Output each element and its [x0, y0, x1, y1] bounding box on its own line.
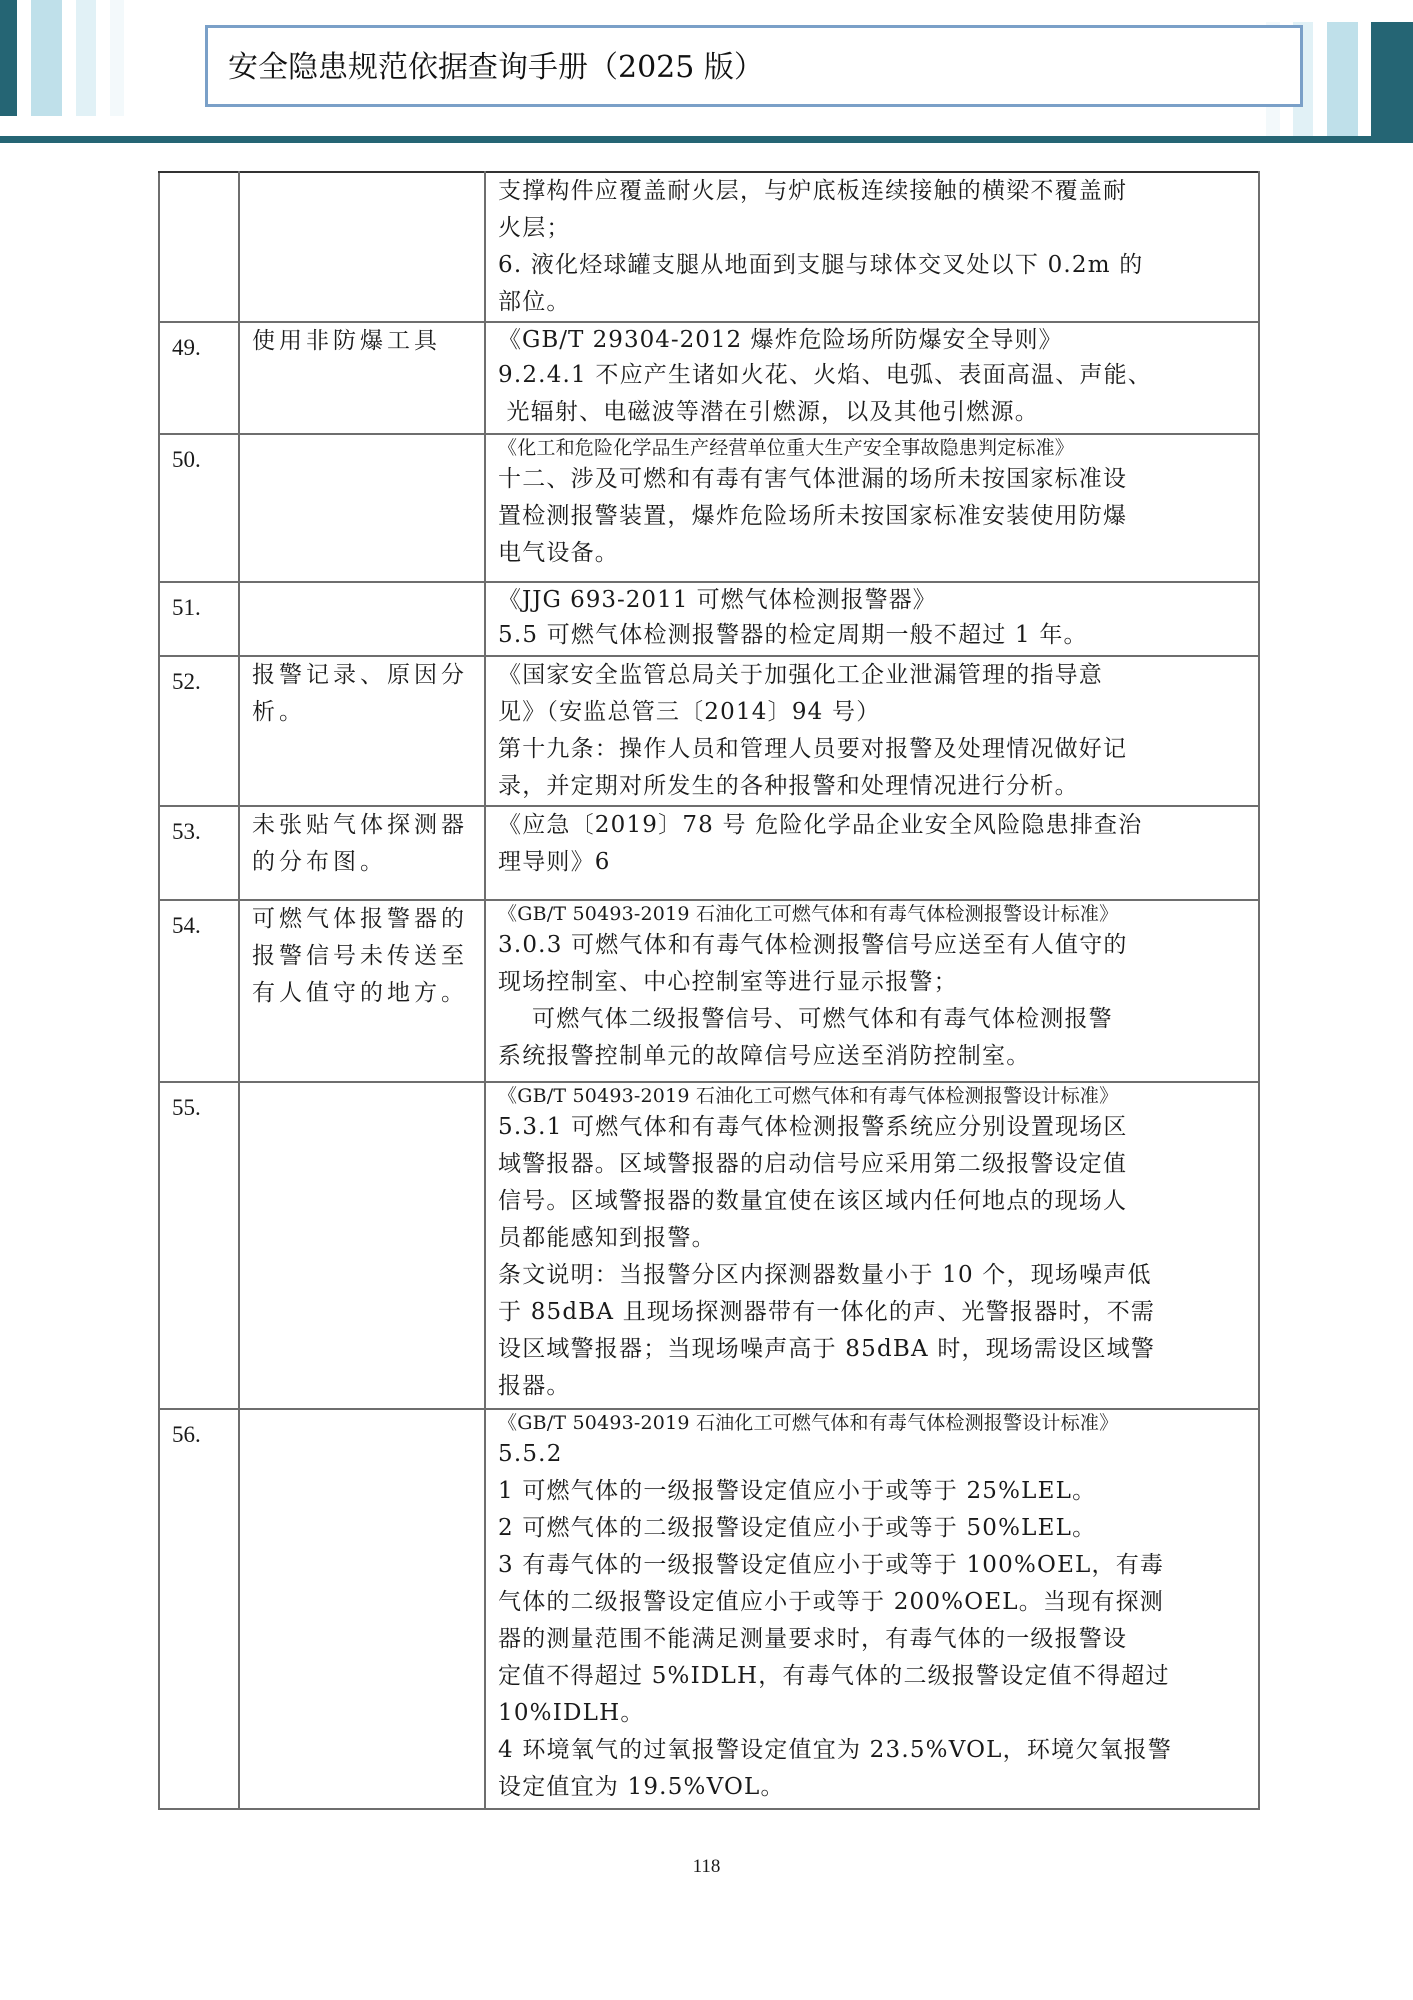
citation-line: 《GB/T 50493-2019 石油化工可燃气体和有毒气体检测报警设计标准》 — [498, 1410, 1248, 1436]
document-title: 安全隐患规范依据查询手册（2025 版） — [228, 42, 764, 86]
table-row: 54.可燃气体报警器的报警信号未传送至有人值守的地方。《GB/T 50493-2… — [159, 900, 1259, 1082]
basis-line: 现场控制室、中心控制室等进行显示报警； — [498, 964, 1248, 1001]
basis-line: 《国家安全监管总局关于加强化工企业泄漏管理的指导意 — [498, 657, 1248, 694]
basis-line: 定值不得超过 5%IDLH，有毒气体的二级报警设定值不得超过 — [498, 1658, 1248, 1695]
basis-line: 第十九条：操作人员和管理人员要对报警及处理情况做好记 — [498, 731, 1248, 768]
basis-line: 2 可燃气体的二级报警设定值应小于或等于 50%LEL。 — [498, 1510, 1248, 1547]
basis-line: 1 可燃气体的一级报警设定值应小于或等于 25%LEL。 — [498, 1473, 1248, 1510]
item-number: 52. — [159, 656, 239, 806]
header-rule — [0, 136, 1413, 143]
basis-line: 光辐射、电磁波等潜在引燃源，以及其他引燃源。 — [498, 394, 1248, 431]
hazard-description — [239, 582, 485, 656]
hazard-description: 可燃气体报警器的报警信号未传送至有人值守的地方。 — [239, 900, 485, 1082]
item-number: 51. — [159, 582, 239, 656]
basis-line: 器的测量范围不能满足测量要求时，有毒气体的一级报警设 — [498, 1621, 1248, 1658]
basis-line: 设定值宜为 19.5%VOL。 — [498, 1769, 1248, 1806]
regulation-basis: 《GB/T 50493-2019 石油化工可燃气体和有毒气体检测报警设计标准》3… — [485, 900, 1259, 1082]
header-stripe-light-right — [1327, 22, 1358, 138]
table-row: 50.《化工和危险化学品生产经营单位重大生产安全事故隐患判定标准》十二、涉及可燃… — [159, 434, 1259, 582]
hazard-basis-table: 支撑构件应覆盖耐火层，与炉底板连续接触的横梁不覆盖耐火层；6. 液化烃球罐支腿从… — [158, 171, 1260, 1810]
table-row: 56.《GB/T 50493-2019 石油化工可燃气体和有毒气体检测报警设计标… — [159, 1409, 1259, 1809]
basis-line: 3 有毒气体的一级报警设定值应小于或等于 100%OEL，有毒 — [498, 1547, 1248, 1584]
regulation-basis: 《应急〔2019〕78 号 危险化学品企业安全风险隐患排查治理导则》6 — [485, 806, 1259, 900]
hazard-description: 未张贴气体探测器的分布图。 — [239, 806, 485, 900]
table-row: 53.未张贴气体探测器的分布图。《应急〔2019〕78 号 危险化学品企业安全风… — [159, 806, 1259, 900]
basis-line: 5.3.1 可燃气体和有毒气体检测报警系统应分别设置现场区 — [498, 1109, 1248, 1146]
basis-line: 5.5 可燃气体检测报警器的检定周期一般不超过 1 年。 — [498, 617, 1248, 654]
regulation-basis: 《GB/T 50493-2019 石油化工可燃气体和有毒气体检测报警设计标准》5… — [485, 1082, 1259, 1409]
basis-line: 系统报警控制单元的故障信号应送至消防控制室。 — [498, 1038, 1248, 1075]
table-row: 52.报警记录、原因分析。《国家安全监管总局关于加强化工企业泄漏管理的指导意见》… — [159, 656, 1259, 806]
basis-line: 理导则》6 — [498, 844, 1248, 881]
basis-line: 条文说明：当报警分区内探测器数量小于 10 个，现场噪声低 — [498, 1257, 1248, 1294]
hazard-description: 使用非防爆工具 — [239, 322, 485, 434]
hazard-description: 报警记录、原因分析。 — [239, 656, 485, 806]
citation-line: 《GB/T 50493-2019 石油化工可燃气体和有毒气体检测报警设计标准》 — [498, 901, 1248, 927]
basis-line: 十二、涉及可燃和有毒有害气体泄漏的场所未按国家标准设 — [498, 461, 1248, 498]
basis-line: 气体的二级报警设定值应小于或等于 200%OEL。当现有探测 — [498, 1584, 1248, 1621]
basis-line: 火层； — [498, 210, 1248, 247]
basis-line: 信号。区域警报器的数量宜使在该区域内任何地点的现场人 — [498, 1183, 1248, 1220]
item-number: 54. — [159, 900, 239, 1082]
table-row: 支撑构件应覆盖耐火层，与炉底板连续接触的横梁不覆盖耐火层；6. 液化烃球罐支腿从… — [159, 172, 1259, 322]
table-row: 51.《JJG 693-2011 可燃气体检测报警器》5.5 可燃气体检测报警器… — [159, 582, 1259, 656]
basis-line: 6. 液化烃球罐支腿从地面到支腿与球体交叉处以下 0.2m 的 — [498, 247, 1248, 284]
hazard-description — [239, 1082, 485, 1409]
item-number: 56. — [159, 1409, 239, 1809]
basis-line: 于 85dBA 且现场探测器带有一体化的声、光警报器时，不需 — [498, 1294, 1248, 1331]
regulation-basis: 《国家安全监管总局关于加强化工企业泄漏管理的指导意见》（安监总管三〔2014〕9… — [485, 656, 1259, 806]
basis-line: 域警报器。区域警报器的启动信号应采用第二级报警设定值 — [498, 1146, 1248, 1183]
basis-line: 部位。 — [498, 284, 1248, 321]
citation-line: 《化工和危险化学品生产经营单位重大生产安全事故隐患判定标准》 — [498, 435, 1248, 461]
basis-line: 设区域警报器；当现场噪声高于 85dBA 时，现场需设区域警 — [498, 1331, 1248, 1368]
header-stripe-dark-left — [0, 0, 17, 116]
citation-line: 《GB/T 29304-2012 爆炸危险场所防爆安全导则》 — [498, 323, 1248, 357]
header-stripe-lighter-left — [76, 0, 96, 116]
citation-line: 《JJG 693-2011 可燃气体检测报警器》 — [498, 583, 1248, 617]
header-title-box: 安全隐患规范依据查询手册（2025 版） — [205, 25, 1303, 107]
basis-line: 置检测报警装置，爆炸危险场所未按国家标准安装使用防爆 — [498, 498, 1248, 535]
hazard-description — [239, 1409, 485, 1809]
page-number: 118 — [0, 1856, 1413, 1878]
basis-line: 支撑构件应覆盖耐火层，与炉底板连续接触的横梁不覆盖耐 — [498, 173, 1248, 210]
regulation-basis: 《JJG 693-2011 可燃气体检测报警器》5.5 可燃气体检测报警器的检定… — [485, 582, 1259, 656]
regulation-basis: 《GB/T 29304-2012 爆炸危险场所防爆安全导则》9.2.4.1 不应… — [485, 322, 1259, 434]
item-number: 49. — [159, 322, 239, 434]
basis-line: 可燃气体二级报警信号、可燃气体和有毒气体检测报警 — [498, 1001, 1248, 1038]
basis-line: 4 环境氧气的过氧报警设定值宜为 23.5%VOL，环境欠氧报警 — [498, 1732, 1248, 1769]
basis-line: 10%IDLH。 — [498, 1695, 1248, 1732]
table-body: 支撑构件应覆盖耐火层，与炉底板连续接触的横梁不覆盖耐火层；6. 液化烃球罐支腿从… — [159, 172, 1259, 1809]
hazard-description — [239, 172, 485, 322]
basis-line: 《应急〔2019〕78 号 危险化学品企业安全风险隐患排查治 — [498, 807, 1248, 844]
header-stripe-lightest-left — [110, 0, 124, 116]
item-number: 55. — [159, 1082, 239, 1409]
table-row: 55.《GB/T 50493-2019 石油化工可燃气体和有毒气体检测报警设计标… — [159, 1082, 1259, 1409]
regulation-basis: 支撑构件应覆盖耐火层，与炉底板连续接触的横梁不覆盖耐火层；6. 液化烃球罐支腿从… — [485, 172, 1259, 322]
hazard-description — [239, 434, 485, 582]
citation-line: 《GB/T 50493-2019 石油化工可燃气体和有毒气体检测报警设计标准》 — [498, 1083, 1248, 1109]
basis-line: 5.5.2 — [498, 1436, 1248, 1473]
basis-line: 3.0.3 可燃气体和有毒气体检测报警信号应送至有人值守的 — [498, 927, 1248, 964]
item-number: 50. — [159, 434, 239, 582]
item-number — [159, 172, 239, 322]
basis-line: 员都能感知到报警。 — [498, 1220, 1248, 1257]
basis-line: 报器。 — [498, 1368, 1248, 1405]
basis-line: 录，并定期对所发生的各种报警和处理情况进行分析。 — [498, 768, 1248, 805]
regulation-basis: 《化工和危险化学品生产经营单位重大生产安全事故隐患判定标准》十二、涉及可燃和有毒… — [485, 434, 1259, 582]
basis-line: 见》（安监总管三〔2014〕94 号） — [498, 694, 1248, 731]
header-stripe-dark-right — [1371, 22, 1413, 138]
regulation-basis: 《GB/T 50493-2019 石油化工可燃气体和有毒气体检测报警设计标准》5… — [485, 1409, 1259, 1809]
item-number: 53. — [159, 806, 239, 900]
basis-line: 电气设备。 — [498, 535, 1248, 572]
basis-line: 9.2.4.1 不应产生诸如火花、火焰、电弧、表面高温、声能、 — [498, 357, 1248, 394]
table-row: 49.使用非防爆工具《GB/T 29304-2012 爆炸危险场所防爆安全导则》… — [159, 322, 1259, 434]
header-stripe-light-left — [31, 0, 62, 116]
